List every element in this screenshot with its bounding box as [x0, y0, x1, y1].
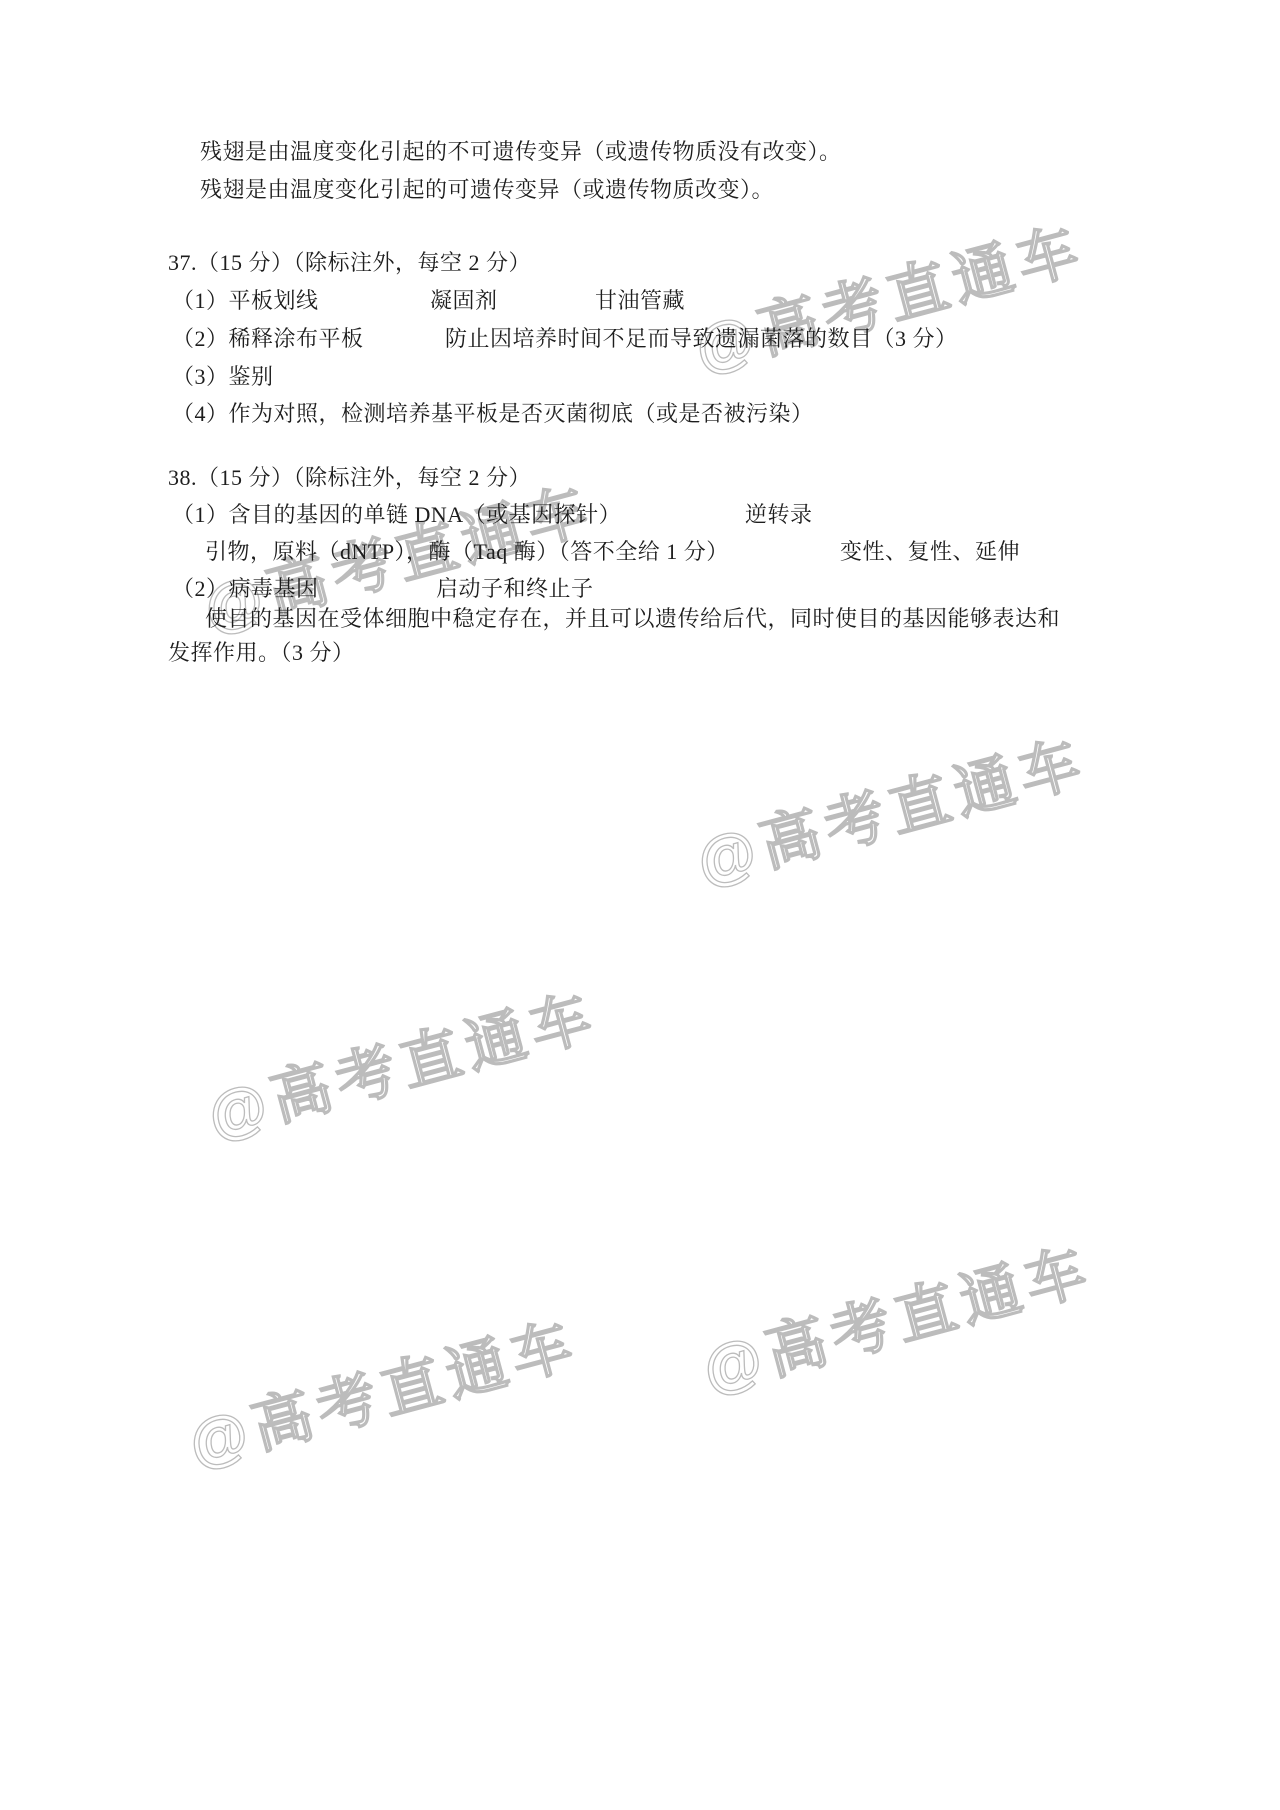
- watermark: @高考直通车: [197, 968, 606, 1155]
- watermark: @高考直通车: [178, 1296, 587, 1483]
- text-segment: 发挥作用。（3 分）: [168, 641, 355, 665]
- document-page: 残翅是由温度变化引起的不可遗传变异（或遗传物质没有改变）。残翅是由温度变化引起的…: [0, 0, 1280, 1810]
- text-segment: （1）平板划线: [172, 289, 319, 313]
- text-segment: 37.（15 分）（除标注外，每空 2 分）: [168, 251, 531, 275]
- text-segment: 逆转录: [745, 503, 813, 527]
- text-segment: 启动子和终止子: [436, 577, 594, 601]
- text-segment: 使目的基因在受体细胞中稳定存在，并且可以遗传给后代，同时使目的基因能够表达和: [205, 607, 1060, 631]
- text-segment: （2）病毒基因: [172, 577, 319, 601]
- watermark: @高考直通车: [684, 201, 1093, 388]
- text-segment: 残翅是由温度变化引起的不可遗传变异（或遗传物质没有改变）。: [200, 140, 842, 164]
- text-segment: （1）含目的基因的单链 DNA（或基因探针）: [172, 503, 621, 527]
- watermark: @高考直通车: [686, 714, 1095, 901]
- text-segment: （3）鉴别: [172, 365, 274, 389]
- watermark: @高考直通车: [692, 1222, 1101, 1409]
- text-segment: 防止因培养时间不足而导致遗漏菌落的数目（3 分）: [445, 327, 958, 351]
- text-segment: （4）作为对照，检测培养基平板是否灭菌彻底（或是否被污染）: [172, 402, 814, 426]
- text-segment: 残翅是由温度变化引起的可遗传变异（或遗传物质改变）。: [200, 178, 774, 202]
- text-segment: 引物，原料（dNTP），酶（Taq 酶）（答不全给 1 分）: [205, 540, 729, 564]
- text-segment: 凝固剂: [430, 289, 498, 313]
- text-segment: （2）稀释涂布平板: [172, 327, 364, 351]
- text-segment: 甘油管藏: [595, 289, 685, 313]
- text-segment: 38.（15 分）（除标注外，每空 2 分）: [168, 466, 531, 490]
- text-segment: 变性、复性、延伸: [840, 540, 1020, 564]
